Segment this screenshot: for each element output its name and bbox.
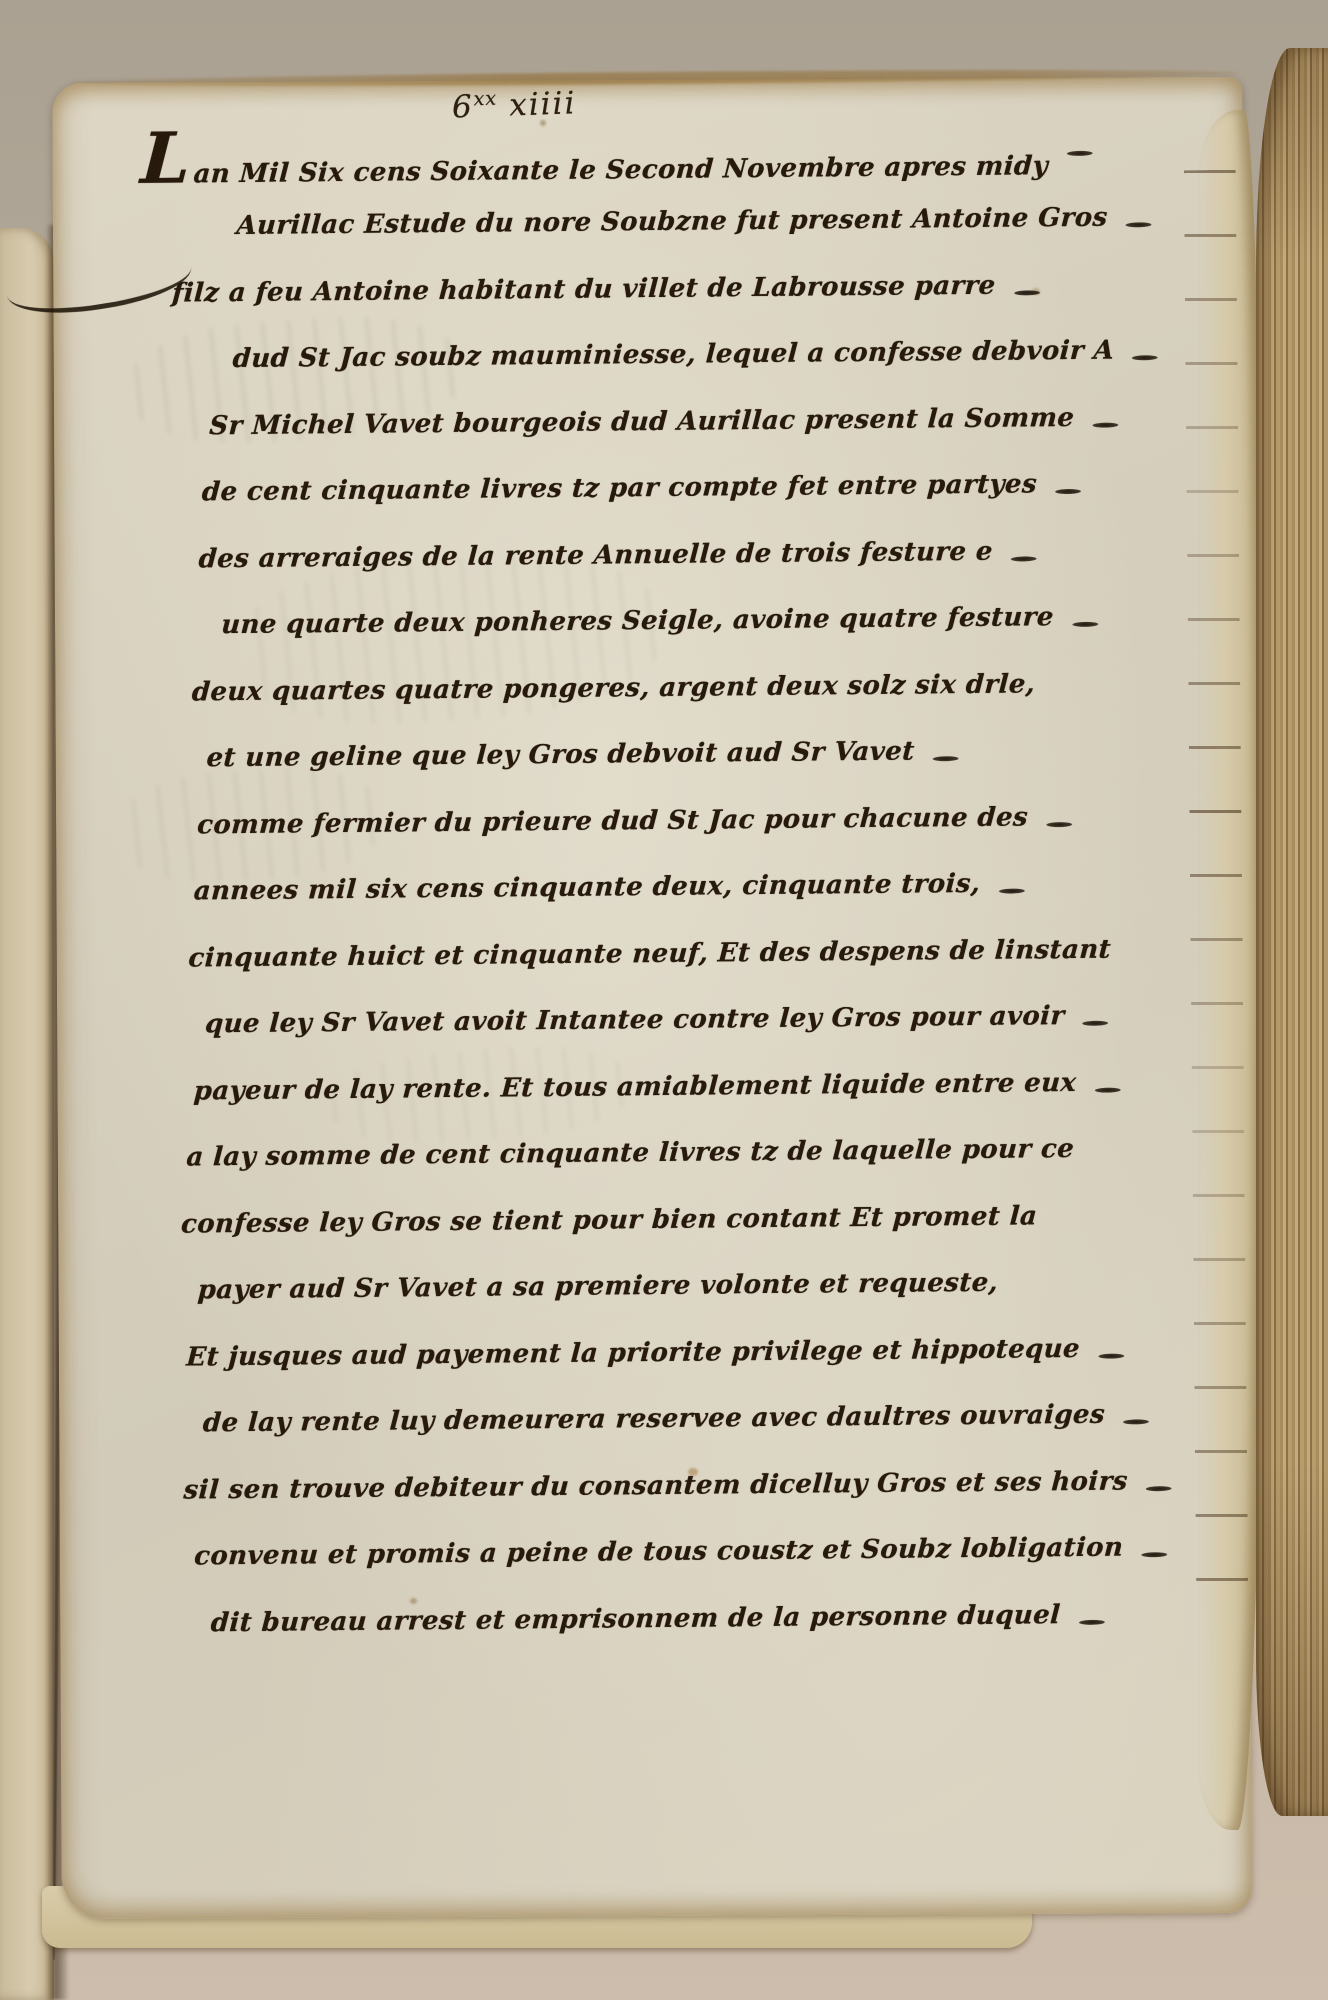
line-end-rule — [1011, 556, 1037, 561]
manuscript-line-text: annees mil six cens cinquante deux, cinq… — [193, 869, 981, 907]
manuscript-line: sil sen trouve debiteur du consantem dic… — [183, 1468, 960, 1542]
line-end-rule — [1046, 821, 1072, 826]
manuscript-line: payer aud Sr Vavet a sa premiere volonte… — [198, 1268, 959, 1342]
manuscript-line: confesse ley Gros se tient pour bien con… — [181, 1202, 958, 1276]
manuscript-line-text: et une geline que ley Gros debvoit aud S… — [206, 736, 916, 773]
fore-edge-pages — [1256, 48, 1328, 1816]
folio-suffix: xiiii — [497, 85, 577, 124]
line-end-rule — [1098, 1353, 1124, 1358]
manuscript-line-text: payer aud Sr Vavet a sa premiere volonte… — [197, 1268, 999, 1306]
folio-prefix: 6 — [451, 89, 474, 126]
text-block: Lan Mil Six cens Soixante le Second Nove… — [141, 132, 962, 1675]
manuscript-line: une quarte deux ponheres Seigle, avoine … — [221, 603, 952, 677]
manuscript-line: des arreraiges de la rente Annuelle de t… — [199, 537, 952, 611]
manuscript-line: dud St Jac soubz mauminiesse, lequel a c… — [233, 337, 950, 410]
manuscript-line-text: des arreraiges de la rente Annuelle de t… — [198, 536, 994, 574]
folio-number: 6xx xiiii — [451, 84, 577, 126]
manuscript-line: deux quartes quatre pongeres, argent deu… — [192, 670, 953, 744]
line-end-rule — [1014, 290, 1040, 295]
manuscript-line: que ley Sr Vavet avoit Intantee contre l… — [205, 1002, 956, 1076]
manuscript-line: de lay rente luy demeurera reservee avec… — [203, 1401, 960, 1475]
manuscript-line: comme fermier du prieure dud St Jac pour… — [197, 803, 954, 877]
manuscript-line-text: Lan Mil Six cens Soixante le Second Nove… — [139, 131, 1050, 190]
manuscript-line: Sr Michel Vavet bourgeois dud Aurillac p… — [209, 404, 950, 478]
manuscript-line: cinquante huict et cinquante neuf, Et de… — [188, 936, 955, 1010]
folio-superscript: xx — [473, 87, 497, 111]
manuscript-line: dit bureau arrest et emprisonnem de la p… — [211, 1601, 962, 1675]
manuscript-line: Lan Mil Six cens Soixante le Second Nove… — [141, 132, 948, 212]
line-end-rule — [1078, 1619, 1104, 1624]
line-end-rule — [1092, 422, 1118, 427]
manuscript-line: a lay somme de cent cinquante livres tz … — [186, 1135, 957, 1209]
manuscript-line: et une geline que ley Gros debvoit aud S… — [206, 736, 953, 810]
manuscript-line: convenu et promis a peine de tous coustz… — [194, 1534, 961, 1608]
manuscript-line: filz a feu Antoine habitant du villet de… — [172, 271, 949, 345]
manuscript-line: Et jusques aud payement la priorite priv… — [186, 1335, 959, 1409]
manuscript-line: de cent cinquante livres tz par compte f… — [202, 470, 951, 544]
line-end-rule — [1094, 1087, 1120, 1092]
manuscript-line: payeur de lay rente. Et tous amiablement… — [194, 1069, 957, 1143]
manuscript-line: annees mil six cens cinquante deux, cinq… — [194, 869, 955, 943]
manuscript-line: Aurillac Estude du nore Soubzne fut pres… — [236, 204, 948, 277]
line-end-rule — [1146, 1485, 1172, 1490]
manuscript-photo: 6xx xiiii Lan Mil Six cens Soixante le S… — [0, 0, 1328, 2000]
